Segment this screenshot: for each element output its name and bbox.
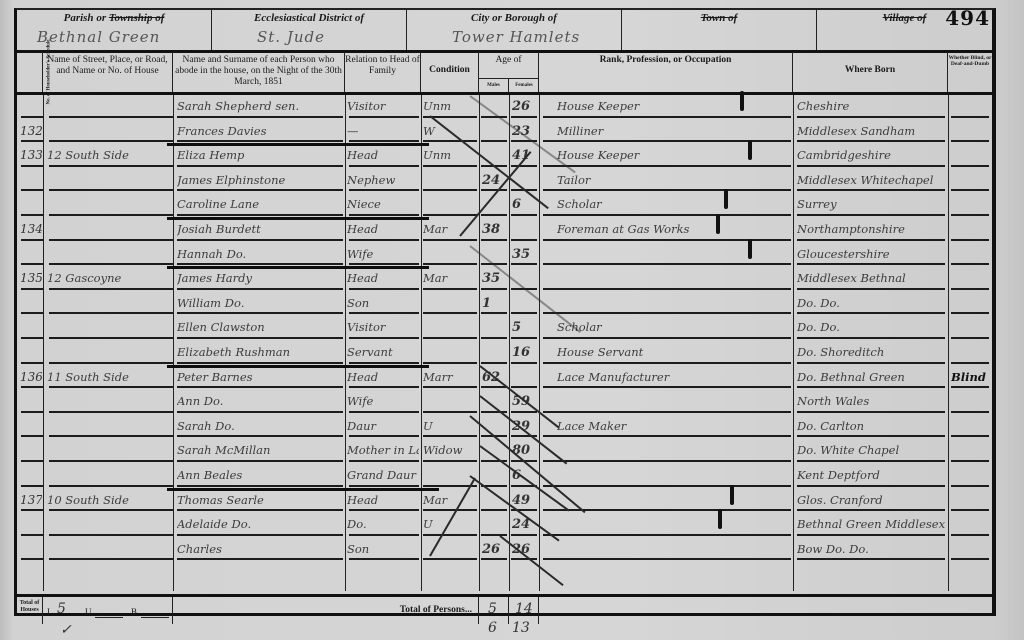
row-rule	[951, 485, 989, 487]
cell-condition: U	[423, 419, 477, 433]
cell-born: Cambridgeshire	[797, 148, 947, 162]
row-rule	[49, 165, 173, 167]
row-rule	[21, 411, 43, 413]
col-relation: Relation to Head of Family	[345, 52, 421, 92]
cell-name: Thomas Searle	[177, 493, 343, 507]
row-rule	[543, 411, 791, 413]
total-houses-label-cell: Total of Houses	[17, 597, 43, 624]
row-rule	[423, 312, 477, 314]
cell-name: Ellen Clawston	[177, 320, 343, 334]
cell-female: 35	[512, 247, 538, 262]
row-rule	[951, 116, 989, 118]
row-rule	[349, 460, 419, 462]
cell-born: Cheshire	[797, 99, 947, 113]
cell-name: Hannah Do.	[177, 247, 343, 261]
corrected-males: 6	[488, 620, 497, 636]
cell-name: Frances Davies	[177, 124, 343, 138]
row-rule	[481, 337, 507, 339]
cell-name: Eliza Hemp	[177, 148, 343, 162]
cell-occupation: House Keeper	[557, 148, 787, 162]
row-rule	[797, 534, 945, 536]
row-rule	[177, 116, 343, 118]
row-rule	[951, 460, 989, 462]
row-rule	[543, 435, 791, 437]
row-rule	[177, 509, 343, 511]
cell-name: Ann Do.	[177, 394, 343, 408]
row-rule	[797, 460, 945, 462]
cell-street: 12 South Side	[47, 148, 171, 162]
cell-name: Elizabeth Rushman	[177, 345, 343, 359]
cell-born: Do. Carlton	[797, 419, 947, 433]
row-rule	[423, 460, 477, 462]
row-rule	[511, 411, 537, 413]
row-rule	[797, 485, 945, 487]
row-rule	[49, 435, 173, 437]
row-rule	[21, 534, 43, 536]
cell-occupation: Tailor	[557, 173, 787, 187]
cell-name: Sarah Do.	[177, 419, 343, 433]
tally-mark	[716, 214, 720, 234]
cell-schedule: 135	[20, 271, 42, 285]
row-rule	[951, 189, 989, 191]
row-rule	[481, 558, 507, 560]
cell-born: Glos. Cranford	[797, 493, 947, 507]
row-rule	[49, 386, 173, 388]
row-rule	[177, 485, 343, 487]
row-rule	[49, 337, 173, 339]
row-rule	[511, 239, 537, 241]
row-rule	[177, 239, 343, 241]
row-rule	[21, 362, 43, 364]
row-rule	[423, 435, 477, 437]
row-rule	[543, 288, 791, 290]
totals-footer: Total of Houses I 5 U B Total of Persons…	[17, 594, 992, 627]
row-rule	[951, 239, 989, 241]
row-rule	[21, 509, 43, 511]
row-rule	[797, 558, 945, 560]
houses-uninhabited-label: U	[85, 607, 92, 617]
row-rule	[349, 116, 419, 118]
row-rule	[951, 362, 989, 364]
row-rule	[349, 140, 419, 142]
houses-building-label: B	[131, 607, 137, 617]
row-rule	[21, 337, 43, 339]
row-rule	[177, 337, 343, 339]
houses-building-blank	[141, 617, 169, 618]
row-rule	[423, 189, 477, 191]
village-box: Village of	[817, 10, 992, 50]
row-rule	[423, 337, 477, 339]
cell-female: 6	[512, 197, 538, 212]
row-rule	[543, 362, 791, 364]
row-rule	[49, 189, 173, 191]
cell-occupation: House Servant	[557, 345, 787, 359]
parish-value: Bethnal Green	[37, 28, 160, 46]
row-rule	[423, 509, 477, 511]
cell-born: North Wales	[797, 394, 947, 408]
cell-born: Kent Deptford	[797, 468, 947, 482]
tally-mark	[724, 189, 728, 209]
row-rule	[177, 165, 343, 167]
cell-born: Middlesex Bethnal	[797, 271, 947, 285]
row-rule	[481, 509, 507, 511]
cell-schedule: 137	[20, 493, 42, 507]
row-rule	[177, 263, 343, 265]
row-rule	[423, 140, 477, 142]
age-label: Age of	[479, 55, 538, 65]
ecclesiastical-district-label: Ecclesiastical District of	[212, 12, 406, 24]
col-occupation: Rank, Profession, or Occupation	[539, 52, 793, 92]
row-rule	[951, 214, 989, 216]
row-rule	[349, 165, 419, 167]
ecclesiastical-district-value: St. Jude	[257, 28, 325, 46]
row-rule	[49, 509, 173, 511]
row-rule	[423, 165, 477, 167]
row-rule	[21, 165, 43, 167]
census-table: Sarah Shepherd sen.VisitorUnm26House Kee…	[17, 95, 992, 591]
row-rule	[543, 165, 791, 167]
cell-occupation: Scholar	[557, 197, 787, 211]
cell-relation: Grand Daur	[347, 468, 419, 482]
cell-relation: Head	[347, 370, 419, 384]
row-rule	[543, 558, 791, 560]
row-rule	[951, 140, 989, 142]
tally-mark	[740, 91, 744, 111]
cell-occupation: Lace Maker	[557, 419, 787, 433]
enumeration-header: Parish or Township of Bethnal Green Eccl…	[17, 10, 992, 53]
row-rule	[423, 288, 477, 290]
row-rule	[797, 386, 945, 388]
cell-street: 12 Gascoyne	[47, 271, 171, 285]
row-rule	[797, 288, 945, 290]
row-rule	[349, 239, 419, 241]
row-rule	[797, 239, 945, 241]
total-males: 5	[488, 601, 497, 617]
row-rule	[423, 558, 477, 560]
cell-name: Adelaide Do.	[177, 517, 343, 531]
cell-born: Northamptonshire	[797, 222, 947, 236]
cell-born: Bow Do. Do.	[797, 542, 947, 556]
row-rule	[349, 337, 419, 339]
row-rule	[21, 140, 43, 142]
total-females: 14	[515, 601, 533, 617]
cell-born: Bethnal Green Middlesex	[797, 517, 947, 531]
col-where-born: Where Born	[793, 52, 948, 92]
row-rule	[481, 239, 507, 241]
row-rule	[511, 337, 537, 339]
row-rule	[349, 435, 419, 437]
row-rule	[543, 189, 791, 191]
city-borough-value: Tower Hamlets	[452, 28, 580, 46]
cell-occupation: Lace Manufacturer	[557, 370, 787, 384]
cell-schedule: 136	[20, 370, 42, 384]
row-rule	[49, 485, 173, 487]
cell-street: 11 South Side	[47, 370, 171, 384]
row-rule	[177, 386, 343, 388]
row-rule	[511, 116, 537, 118]
row-rule	[177, 460, 343, 462]
col-males: Males	[479, 78, 509, 92]
tally-mark	[718, 509, 722, 529]
cell-name: Sarah McMillan	[177, 443, 343, 457]
cell-relation: Son	[347, 296, 419, 310]
row-rule	[511, 386, 537, 388]
row-rule	[481, 140, 507, 142]
row-rule	[21, 263, 43, 265]
row-rule	[797, 411, 945, 413]
cell-name: Ann Beales	[177, 468, 343, 482]
tally-mark	[748, 239, 752, 259]
row-rule	[797, 140, 945, 142]
row-rule	[951, 411, 989, 413]
col-schedule-no: No. of Householder's Schedule	[17, 52, 43, 92]
cell-name: James Elphinstone	[177, 173, 343, 187]
row-rule	[481, 386, 507, 388]
cell-female: 24	[512, 517, 538, 532]
houses-inhabited-label: I	[47, 607, 50, 617]
row-rule	[21, 239, 43, 241]
cell-male: 1	[482, 296, 508, 311]
city-borough-box: City or Borough of Tower Hamlets	[407, 10, 622, 50]
row-rule	[21, 558, 43, 560]
cell-condition: Unm	[423, 99, 477, 113]
row-rule	[543, 337, 791, 339]
row-rule	[349, 362, 419, 364]
cell-born: Do. White Chapel	[797, 443, 947, 457]
row-rule	[423, 263, 477, 265]
row-rule	[349, 263, 419, 265]
cell-relation: Servant	[347, 345, 419, 359]
row-rule	[423, 239, 477, 241]
row-rule	[951, 509, 989, 511]
row-rule	[349, 558, 419, 560]
row-rule	[349, 312, 419, 314]
row-rule	[511, 165, 537, 167]
cell-relation: Visitor	[347, 99, 419, 113]
row-rule	[177, 140, 343, 142]
houses-uninhabited-blank	[95, 617, 123, 618]
col-street: Name of Street, Place, or Road, and Name…	[43, 52, 173, 92]
cell-schedule: 134	[20, 222, 42, 236]
col-condition: Condition	[421, 52, 479, 92]
cell-relation: Head	[347, 493, 419, 507]
row-rule	[21, 435, 43, 437]
row-rule	[797, 116, 945, 118]
row-rule	[349, 509, 419, 511]
row-rule	[951, 337, 989, 339]
cell-relation: Nephew	[347, 173, 419, 187]
cell-condition: Mar	[423, 493, 477, 507]
cell-condition: Mar	[423, 271, 477, 285]
row-rule	[543, 140, 791, 142]
column-headers: No. of Householder's Schedule Name of St…	[17, 52, 992, 95]
row-rule	[543, 239, 791, 241]
total-persons-label: Total of Persons...	[400, 605, 472, 615]
total-persons-cell: Total of Persons...	[173, 597, 479, 624]
row-rule	[177, 189, 343, 191]
row-rule	[797, 165, 945, 167]
cell-female: 49	[512, 493, 538, 508]
row-rule	[797, 263, 945, 265]
row-rule	[21, 312, 43, 314]
cell-relation: Head	[347, 222, 419, 236]
town-label: Town of	[622, 12, 816, 24]
row-rule	[951, 386, 989, 388]
col-age: Age of Males Females	[479, 52, 539, 92]
row-rule	[543, 263, 791, 265]
row-rule	[177, 411, 343, 413]
row-rule	[423, 214, 477, 216]
row-rule	[951, 165, 989, 167]
row-rule	[177, 288, 343, 290]
cell-relation: Head	[347, 271, 419, 285]
row-rule	[177, 214, 343, 216]
row-rule	[481, 214, 507, 216]
cell-born: Gloucestershire	[797, 247, 947, 261]
row-rule	[49, 140, 173, 142]
cell-schedule: 132	[20, 124, 42, 138]
row-rule	[49, 534, 173, 536]
row-rule	[481, 312, 507, 314]
row-rule	[349, 485, 419, 487]
row-rule	[797, 337, 945, 339]
row-rule	[481, 116, 507, 118]
cell-relation: Daur	[347, 419, 419, 433]
row-rule	[423, 411, 477, 413]
row-rule	[511, 362, 537, 364]
cell-condition: Marr	[423, 370, 477, 384]
cell-born: Do. Do.	[797, 296, 947, 310]
row-rule	[349, 411, 419, 413]
row-rule	[543, 485, 791, 487]
row-rule	[797, 362, 945, 364]
row-rule	[49, 214, 173, 216]
cell-born: Middlesex Whitechapel	[797, 173, 947, 187]
tick-mark: ✓	[60, 622, 72, 638]
col-name: Name and Surname of each Person who abod…	[173, 52, 345, 92]
row-rule	[49, 239, 173, 241]
cell-name: Josiah Burdett	[177, 222, 343, 236]
row-rule	[349, 386, 419, 388]
row-rule	[511, 312, 537, 314]
row-rule	[797, 435, 945, 437]
row-rule	[49, 411, 173, 413]
cell-female: 5	[512, 320, 538, 335]
cell-born: Middlesex Sandham	[797, 124, 947, 138]
row-rule	[49, 460, 173, 462]
row-rule	[481, 288, 507, 290]
row-rule	[543, 534, 791, 536]
col-females: Females	[509, 78, 539, 92]
row-rule	[21, 460, 43, 462]
ecclesiastical-district-box: Ecclesiastical District of St. Jude	[212, 10, 407, 50]
row-rule	[797, 189, 945, 191]
row-rule	[951, 288, 989, 290]
row-rule	[481, 534, 507, 536]
city-borough-label: City or Borough of	[407, 12, 621, 24]
row-rule	[423, 362, 477, 364]
row-rule	[21, 386, 43, 388]
cell-born: Do. Do.	[797, 320, 947, 334]
row-rule	[951, 534, 989, 536]
row-rule	[543, 386, 791, 388]
cell-disability: Blind	[951, 370, 991, 384]
row-rule	[49, 362, 173, 364]
cell-relation: Do.	[347, 517, 419, 531]
row-rule	[481, 362, 507, 364]
cell-name: Sarah Shepherd sen.	[177, 99, 343, 113]
cell-name: Caroline Lane	[177, 197, 343, 211]
row-rule	[21, 189, 43, 191]
cell-born: Surrey	[797, 197, 947, 211]
row-rule	[49, 116, 173, 118]
row-rule	[543, 460, 791, 462]
row-rule	[951, 558, 989, 560]
total-houses-label: Total of Houses	[17, 597, 42, 614]
row-rule	[543, 116, 791, 118]
row-rule	[951, 263, 989, 265]
row-rule	[511, 214, 537, 216]
row-rule	[177, 534, 343, 536]
row-rule	[21, 485, 43, 487]
row-rule	[177, 362, 343, 364]
cell-relation: Wife	[347, 247, 419, 261]
cell-male: 38	[482, 222, 508, 237]
cell-street: 10 South Side	[47, 493, 171, 507]
cell-female: 16	[512, 345, 538, 360]
row-rule	[49, 263, 173, 265]
census-page: 494 Parish or Township of Bethnal Green …	[0, 0, 1024, 640]
cell-born: Do. Shoreditch	[797, 345, 947, 359]
cell-male: 26	[482, 542, 508, 557]
row-rule	[797, 509, 945, 511]
row-rule	[797, 312, 945, 314]
cell-name: Peter Barnes	[177, 370, 343, 384]
tally-mark	[748, 140, 752, 160]
parish-label: Parish or Township of	[17, 12, 211, 24]
cell-relation: Head	[347, 148, 419, 162]
cell-relation: —	[347, 124, 419, 138]
row-rule	[951, 435, 989, 437]
houses-inhabited-value: 5	[57, 601, 66, 617]
row-rule	[543, 312, 791, 314]
row-rule	[349, 189, 419, 191]
row-rule	[349, 534, 419, 536]
village-label: Village of	[817, 12, 992, 24]
row-rule	[349, 214, 419, 216]
row-rule	[511, 263, 537, 265]
row-rule	[797, 214, 945, 216]
row-rule	[511, 534, 537, 536]
cell-female: 26	[512, 99, 538, 114]
cell-condition: Unm	[423, 148, 477, 162]
row-rule	[423, 534, 477, 536]
row-rule	[177, 435, 343, 437]
row-rule	[177, 312, 343, 314]
total-houses-cell: I 5 U B	[43, 597, 173, 624]
tally-mark	[730, 485, 734, 505]
cell-occupation: Milliner	[557, 124, 787, 138]
cell-relation: Son	[347, 542, 419, 556]
cell-relation: Niece	[347, 197, 419, 211]
row-rule	[21, 214, 43, 216]
row-rule	[349, 288, 419, 290]
row-rule	[481, 189, 507, 191]
cell-relation: Mother in Law	[347, 443, 419, 457]
cell-born: Do. Bethnal Green	[797, 370, 947, 384]
cell-occupation: House Keeper	[557, 99, 787, 113]
row-rule	[21, 116, 43, 118]
